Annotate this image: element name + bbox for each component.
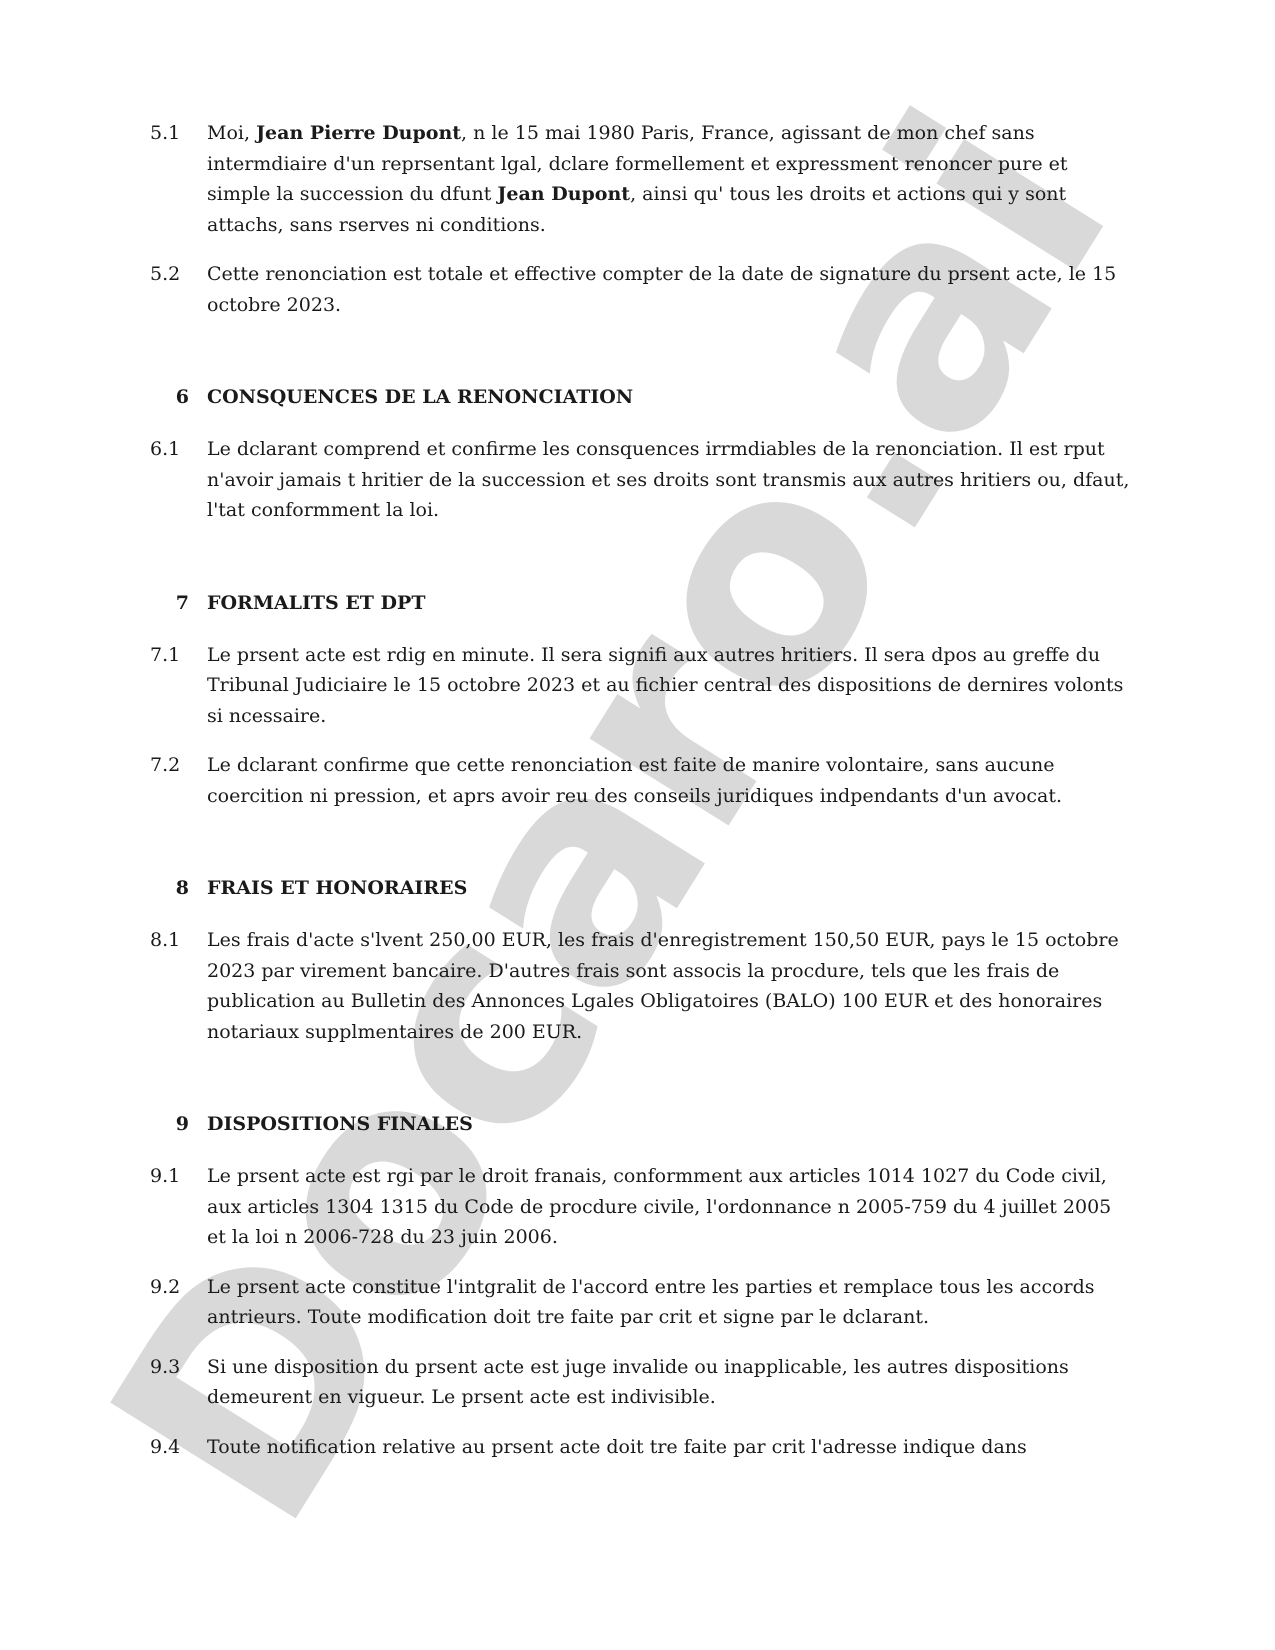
clause-6-1: 6.1 Le dclarant comprend et confirme les… [150,434,1130,526]
section-title: FORMALITS ET DPT [207,588,1130,618]
section-heading-7: 7 FORMALITS ET DPT [150,588,1130,618]
clause-text: Le prsent acte est rdig en minute. Il se… [207,640,1130,732]
text-run: Moi, [207,122,256,144]
section-heading-6: 6 CONSQUENCES DE LA RENONCIATION [150,382,1130,412]
clause-8-1: 8.1 Les frais d'acte s'lvent 250,00 EUR,… [150,925,1130,1047]
clause-text: Si une disposition du prsent acte est ju… [207,1352,1130,1413]
section-number: 9 [150,1109,207,1139]
section-title: FRAIS ET HONORAIRES [207,873,1130,903]
section-title: CONSQUENCES DE LA RENONCIATION [207,382,1130,412]
clause-5-2: 5.2 Cette renonciation est totale et eff… [150,259,1130,320]
section-number: 8 [150,873,207,903]
clause-9-3: 9.3 Si une disposition du prsent acte es… [150,1352,1130,1413]
clause-text: Le prsent acte est rgi par le droit fran… [207,1161,1130,1253]
clause-number: 9.4 [150,1432,207,1463]
document-page: 5.1 Moi, Jean Pierre Dupont, n le 15 mai… [150,0,1130,1462]
clause-text: Toute notification relative au prsent ac… [207,1432,1130,1463]
clause-number: 9.1 [150,1161,207,1253]
clause-number: 7.1 [150,640,207,732]
clause-number: 8.1 [150,925,207,1047]
section-heading-9: 9 DISPOSITIONS FINALES [150,1109,1130,1139]
clause-9-2: 9.2 Le prsent acte constitue l'intgralit… [150,1272,1130,1333]
clause-text: Le dclarant confirme que cette renonciat… [207,750,1130,811]
deceased-name: Jean Dupont [497,183,630,205]
clause-text: Le dclarant comprend et confirme les con… [207,434,1130,526]
clause-number: 5.2 [150,259,207,320]
clause-text: Cette renonciation est totale et effecti… [207,259,1130,320]
section-heading-8: 8 FRAIS ET HONORAIRES [150,873,1130,903]
section-title: DISPOSITIONS FINALES [207,1109,1130,1139]
section-number: 7 [150,588,207,618]
section-number: 6 [150,382,207,412]
clause-text: Moi, Jean Pierre Dupont, n le 15 mai 198… [207,118,1130,240]
clause-5-1: 5.1 Moi, Jean Pierre Dupont, n le 15 mai… [150,118,1130,240]
clause-number: 5.1 [150,118,207,240]
clause-number: 6.1 [150,434,207,526]
clause-text: Les frais d'acte s'lvent 250,00 EUR, les… [207,925,1130,1047]
clause-number: 9.2 [150,1272,207,1333]
clause-text: Le prsent acte constitue l'intgralit de … [207,1272,1130,1333]
clause-number: 7.2 [150,750,207,811]
clause-9-1: 9.1 Le prsent acte est rgi par le droit … [150,1161,1130,1253]
declarant-name: Jean Pierre Dupont [256,122,461,144]
clause-7-1: 7.1 Le prsent acte est rdig en minute. I… [150,640,1130,732]
clause-7-2: 7.2 Le dclarant confirme que cette renon… [150,750,1130,811]
clause-number: 9.3 [150,1352,207,1413]
clause-9-4: 9.4 Toute notification relative au prsen… [150,1432,1130,1463]
